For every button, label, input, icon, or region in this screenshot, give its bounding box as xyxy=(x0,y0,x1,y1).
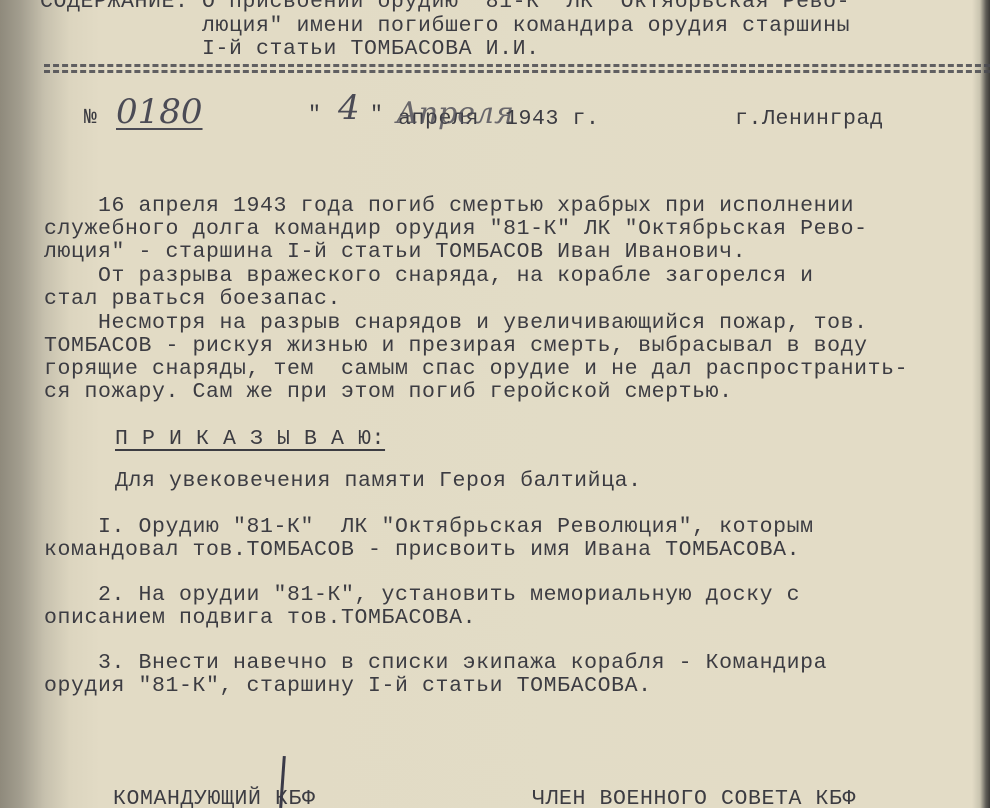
order-item-line: командовал тов.ТОМБАСОВ - присвоить имя … xyxy=(44,539,800,561)
body-line: 16 апреля 1943 года погиб смертью храбры… xyxy=(44,195,854,217)
date-day-handwritten: 4 xyxy=(338,88,360,128)
order-item-line: 2. На орудии "81-К", установить мемориал… xyxy=(44,584,800,606)
body-line: ТОМБАСОВ - рискуя жизнью и презирая смер… xyxy=(44,335,868,357)
page-edge-shadow xyxy=(972,0,990,808)
order-number-handwritten: 0180 xyxy=(116,92,203,132)
order-item-line: орудия "81-К", старшину I-й статьи ТОМБА… xyxy=(44,675,652,697)
body-line: Несмотря на разрыв снарядов и увеличиваю… xyxy=(44,312,868,334)
date-quote-open: " xyxy=(308,104,322,126)
subject-line-1: СОДЕРЖАНИЕ. О присвоении орудию "81-К" Л… xyxy=(40,0,850,13)
order-item-line: I. Орудию "81-К" ЛК "Октябрьская Революц… xyxy=(44,516,814,538)
date-month-handwritten: Апреля xyxy=(396,96,514,131)
order-number-label: № xyxy=(84,107,98,129)
order-heading: П Р И К А З Ы В А Ю: xyxy=(115,428,385,450)
body-line: горящие снаряды, тем самым спас орудие и… xyxy=(44,358,908,380)
body-line: стал рваться боезапас. xyxy=(44,288,341,310)
order-item-line: описанием подвига тов.ТОМБАСОВА. xyxy=(44,607,476,629)
signature-left-title: КОМАНДУЮЩИЙ КБФ xyxy=(113,788,316,808)
scanned-document-page: СОДЕРЖАНИЕ. О присвоении орудию "81-К" Л… xyxy=(0,0,990,808)
body-line: ся пожару. Сам же при этом погиб геройск… xyxy=(44,381,733,403)
body-line: От разрыва вражеского снаряда, на корабл… xyxy=(44,265,814,287)
subject-line-3: I-й статьи ТОМБАСОВА И.И. xyxy=(40,38,540,60)
order-item-line: 3. Внести навечно в списки экипажа кораб… xyxy=(44,652,827,674)
signature-right-title: ЧЛЕН ВОЕННОГО СОВЕТА КБФ xyxy=(532,788,856,808)
separator-rule xyxy=(44,64,990,73)
date-year: 1943 г. xyxy=(505,108,600,130)
city: г.Ленинград xyxy=(735,108,884,130)
order-intro: Для увековечения памяти Героя балтийца. xyxy=(115,470,642,492)
subject-line-2: люция" имени погибшего командира орудия … xyxy=(40,15,850,37)
body-line: служебного долга командир орудия "81-К" … xyxy=(44,218,868,240)
date-quote-close: " xyxy=(370,104,384,126)
body-line: люция" - старшина I-й статьи ТОМБАСОВ Ив… xyxy=(44,241,746,263)
